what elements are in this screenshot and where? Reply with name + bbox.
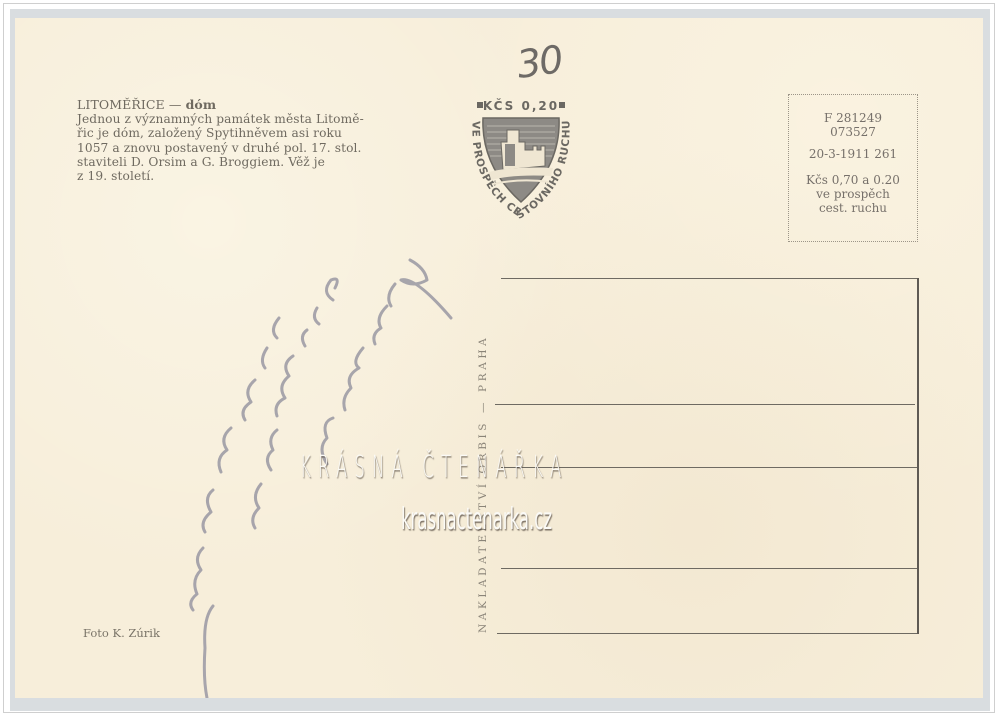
castle-shield-icon: KČS 0,20 VE PROSPĚCH CESTOVNÍHO RUCHU bbox=[453, 96, 589, 224]
postage-code: 073527 bbox=[789, 125, 917, 139]
description-title: LITOMĚŘICE — dóm bbox=[77, 98, 457, 112]
watermark-url: krasnactenarka.cz bbox=[401, 502, 552, 537]
address-line bbox=[495, 404, 915, 405]
description: LITOMĚŘICE — dóm Jednou z významných pam… bbox=[77, 98, 457, 183]
description-line: 1057 a znovu postavený v druhé pol. 17. … bbox=[77, 141, 457, 155]
postage-date: 20-3-1911 261 bbox=[789, 147, 917, 161]
title-subject: dóm bbox=[186, 97, 217, 112]
description-line: řic je dóm, založený Spytihněvem asi rok… bbox=[77, 126, 457, 140]
printed-stamp: KČS 0,20 VE PROSPĚCH CESTOVNÍHO RUCHU bbox=[453, 96, 589, 224]
title-place: LITOMĚŘICE bbox=[77, 97, 165, 112]
postage-note-2: cest. ruchu bbox=[789, 201, 917, 215]
address-border bbox=[917, 278, 919, 634]
postage-box: F 281249 073527 20-3-1911 261 Kčs 0,70 a… bbox=[788, 94, 918, 242]
title-dash: — bbox=[169, 97, 182, 112]
address-line bbox=[497, 633, 919, 634]
description-line: staviteli D. Orsim a G. Broggiem. Věž je bbox=[77, 155, 457, 169]
stamp-value: KČS 0,20 bbox=[483, 98, 559, 113]
postage-serial: F 281249 bbox=[789, 111, 917, 125]
postage-price: Kčs 0,70 a 0.20 bbox=[789, 173, 917, 187]
postcard: 30 LITOMĚŘICE — dóm Jednou z významných … bbox=[15, 18, 983, 698]
catalog-number: 30 bbox=[514, 37, 564, 87]
address-line bbox=[501, 278, 919, 279]
description-line: z 19. století. bbox=[77, 169, 457, 183]
description-line: Jednou z významných památek města Litomě… bbox=[77, 112, 457, 126]
postage-note-1: ve prospěch bbox=[789, 187, 917, 201]
address-line bbox=[501, 568, 919, 569]
watermark-title: KRÁSNÁ ČTENÁŘKA bbox=[300, 450, 568, 485]
photo-credit: Foto K. Zúrik bbox=[83, 626, 160, 640]
